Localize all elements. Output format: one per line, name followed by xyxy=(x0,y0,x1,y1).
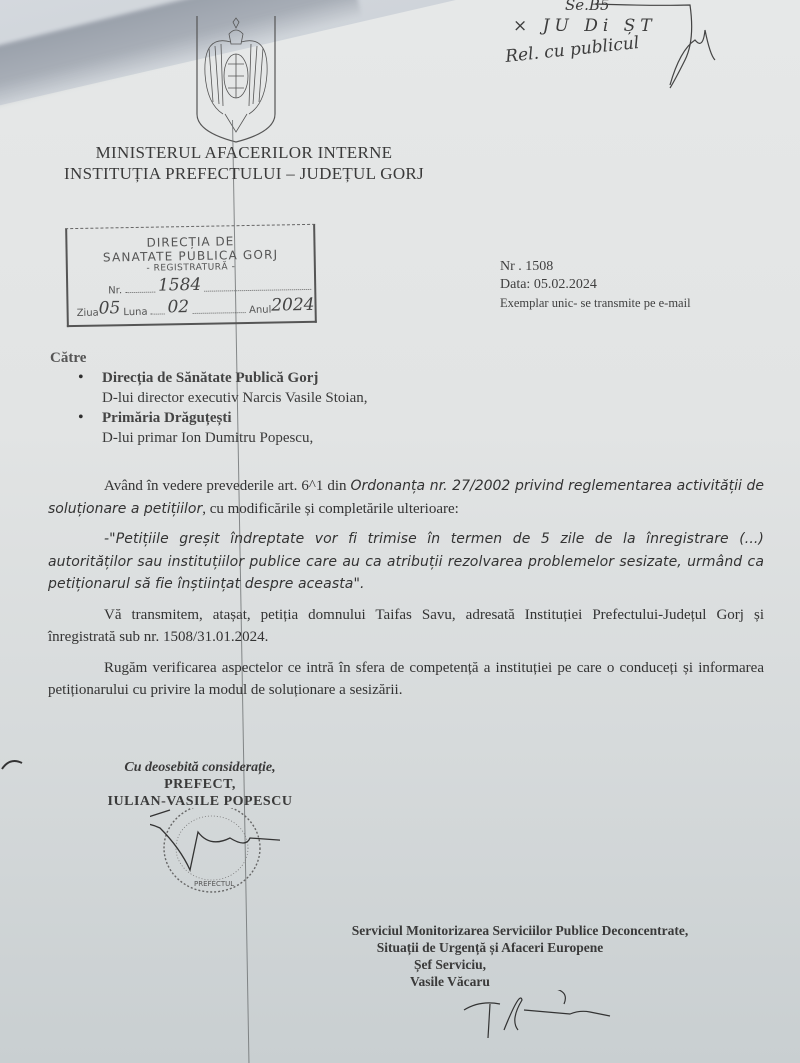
paragraph-quote: -"Petițiile greșit îndreptate vor fi tri… xyxy=(48,528,764,596)
reference-note: Exemplar unic- se transmite pe e-mail xyxy=(500,294,691,312)
stamp-year-value: 2024 xyxy=(271,295,315,316)
service-name-line-2: Situații de Urgență și Afaceri Europene xyxy=(300,939,740,956)
svg-text:PREFECTUL: PREFECTUL xyxy=(194,880,234,888)
signer-title: PREFECT, xyxy=(80,776,320,793)
stamp-day-label: Ziua xyxy=(77,308,99,319)
stamp-day-value: 05 xyxy=(98,298,120,318)
official-seal-icon: PREFECTUL xyxy=(150,808,280,898)
reference-number: Nr . 1508 xyxy=(500,258,691,276)
recipient-person: D-lui primar Ion Dumitru Popescu, xyxy=(102,428,367,448)
romania-coat-of-arms-icon xyxy=(193,14,279,144)
handwritten-signature-icon xyxy=(460,990,620,1040)
service-signature-block: Serviciul Monitorizarea Serviciilor Publ… xyxy=(300,922,740,990)
registration-stamp: DIRECȚIA DE SANATATE PUBLICA GORJ - REGI… xyxy=(65,224,317,327)
recipients-list: Direcția de Sănătate Publică Gorj D-lui … xyxy=(78,368,367,448)
document-page: MINISTERUL AFACERILOR INTERNE INSTITUȚIA… xyxy=(0,0,800,1063)
ministry-name: MINISTERUL AFACERILOR INTERNE xyxy=(44,142,444,163)
institution-name: INSTITUȚIA PREFECTULUI – JUDEȚUL GORJ xyxy=(44,163,444,184)
stamp-month-label: Luna xyxy=(123,307,147,318)
addressee-label: Către xyxy=(50,350,86,367)
paragraph-request: Rugăm verificarea aspectelor ce intră în… xyxy=(48,657,764,702)
recipient-person: D-lui director executiv Narcis Vasile St… xyxy=(102,388,367,408)
service-head-title: Șef Serviciu, xyxy=(300,956,740,973)
recipient-item: Primăria Drăguțești D-lui primar Ion Dum… xyxy=(78,408,367,448)
paragraph-legal-basis: Având în vedere prevederile art. 6^1 din… xyxy=(48,475,764,520)
recipient-institution: Primăria Drăguțești xyxy=(102,408,367,428)
reference-block: Nr . 1508 Data: 05.02.2024 Exemplar unic… xyxy=(500,258,691,312)
stamp-nr-value: 1584 xyxy=(158,275,202,296)
letter-body: Având în vedere prevederile art. 6^1 din… xyxy=(48,475,764,710)
handwritten-signature-icon xyxy=(505,0,745,100)
paragraph-transmittal: Vă transmitem, atașat, petiția domnului … xyxy=(48,604,764,649)
service-head-name: Vasile Văcaru xyxy=(300,973,740,990)
letterhead: MINISTERUL AFACERILOR INTERNE INSTITUȚIA… xyxy=(44,142,444,184)
closing-formula: Cu deosebită considerație, xyxy=(80,760,320,776)
stamp-month-value: 02 xyxy=(167,297,189,317)
handwritten-annotation: Se.B5 × JU Di ȘT Rel. cu publicul xyxy=(505,0,745,100)
stamp-year-label: Anul xyxy=(249,305,271,316)
prefect-signature-block: Cu deosebită considerație, PREFECT, IULI… xyxy=(80,760,320,810)
pen-mark-icon xyxy=(0,755,30,775)
service-name-line-1: Serviciul Monitorizarea Serviciilor Publ… xyxy=(300,922,740,939)
recipient-item: Direcția de Sănătate Publică Gorj D-lui … xyxy=(78,368,367,408)
recipient-institution: Direcția de Sănătate Publică Gorj xyxy=(102,368,367,388)
stamp-nr-label: Nr. xyxy=(108,285,122,296)
reference-date: Data: 05.02.2024 xyxy=(500,276,691,294)
